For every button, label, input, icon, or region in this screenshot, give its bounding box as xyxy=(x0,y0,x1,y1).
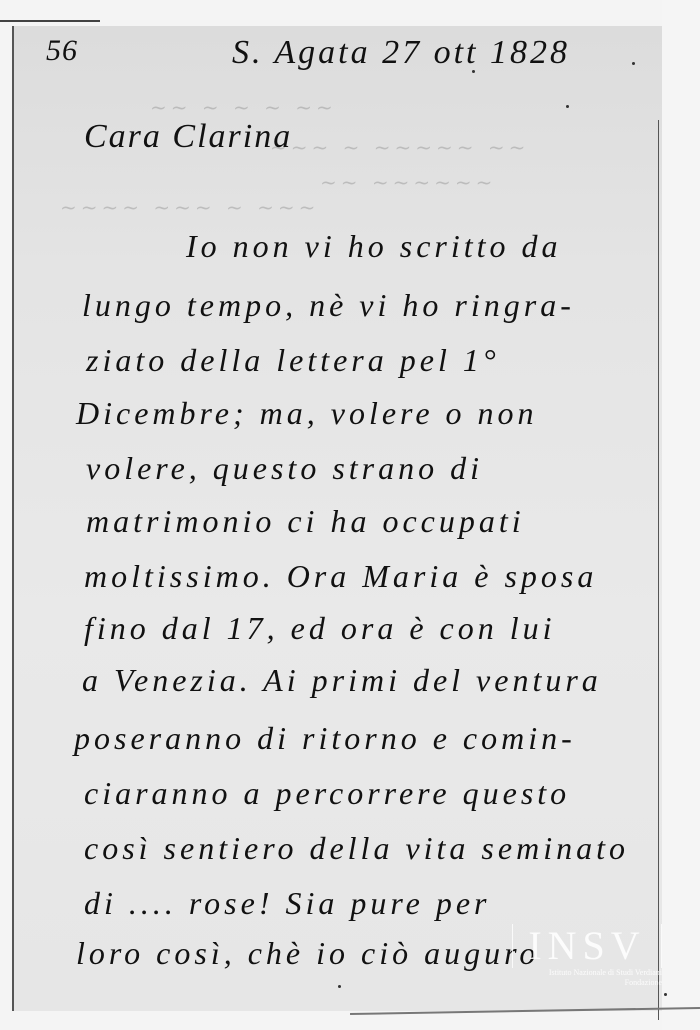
letter-line: Io non vi ho scritto da xyxy=(186,228,562,265)
watermark-logo: INSV xyxy=(512,924,662,968)
letter-dateline: S. Agata 27 ott 1828 xyxy=(232,34,570,72)
insv-watermark: INSV Istituto Nazionale di Studi Verdian… xyxy=(512,924,662,994)
letter-line: ciaranno a percorrere questo xyxy=(84,775,570,812)
letter-line: a Venezia. Ai primi del ventura xyxy=(82,662,602,699)
page-top-edge xyxy=(0,20,100,22)
scan-right-margin xyxy=(662,0,700,1030)
bleed-through-text: ~~~~ ~~~ ~ ~~~ xyxy=(60,195,319,219)
bleed-through-text: ~~ ~~~~~~ xyxy=(320,170,496,194)
letter-salutation: Cara Clarina xyxy=(84,118,292,156)
watermark-institution: Istituto Nazionale di Studi Verdiani xyxy=(512,968,662,978)
scan-speck xyxy=(566,105,569,108)
letter-line: poseranno di ritorno e comin- xyxy=(74,720,576,757)
page-number: 56 xyxy=(46,34,78,68)
letter-line: loro così, chè io ciò auguro xyxy=(76,935,539,972)
bleed-through-text: ~~ ~ ~ ~ ~~ xyxy=(150,95,337,119)
scan-speck xyxy=(664,993,667,996)
letter-line: di .... rose! Sia pure per xyxy=(84,885,490,922)
letter-line: ziato della lettera pel 1° xyxy=(86,342,500,379)
letter-line: volere, questo strano di xyxy=(86,450,483,487)
letter-line: Dicembre; ma, volere o non xyxy=(76,395,538,432)
letter-line: così sentiero della vita seminato xyxy=(84,830,629,867)
letter-line: fino dal 17, ed ora è con lui xyxy=(84,610,556,647)
letter-line: matrimonio ci ha occupati xyxy=(86,503,525,540)
letter-line: moltissimo. Ora Maria è sposa xyxy=(84,558,597,595)
bleed-through-text: ~~~ ~ ~~~~~ ~~ xyxy=(270,135,529,159)
watermark-subtitle: Fondazione xyxy=(512,978,662,988)
letter-line: lungo tempo, nè vi ho ringra- xyxy=(82,287,575,324)
scan-speck xyxy=(632,62,635,65)
page-right-edge xyxy=(658,120,659,1020)
scan-speck xyxy=(338,985,341,988)
scan-speck xyxy=(472,70,475,73)
